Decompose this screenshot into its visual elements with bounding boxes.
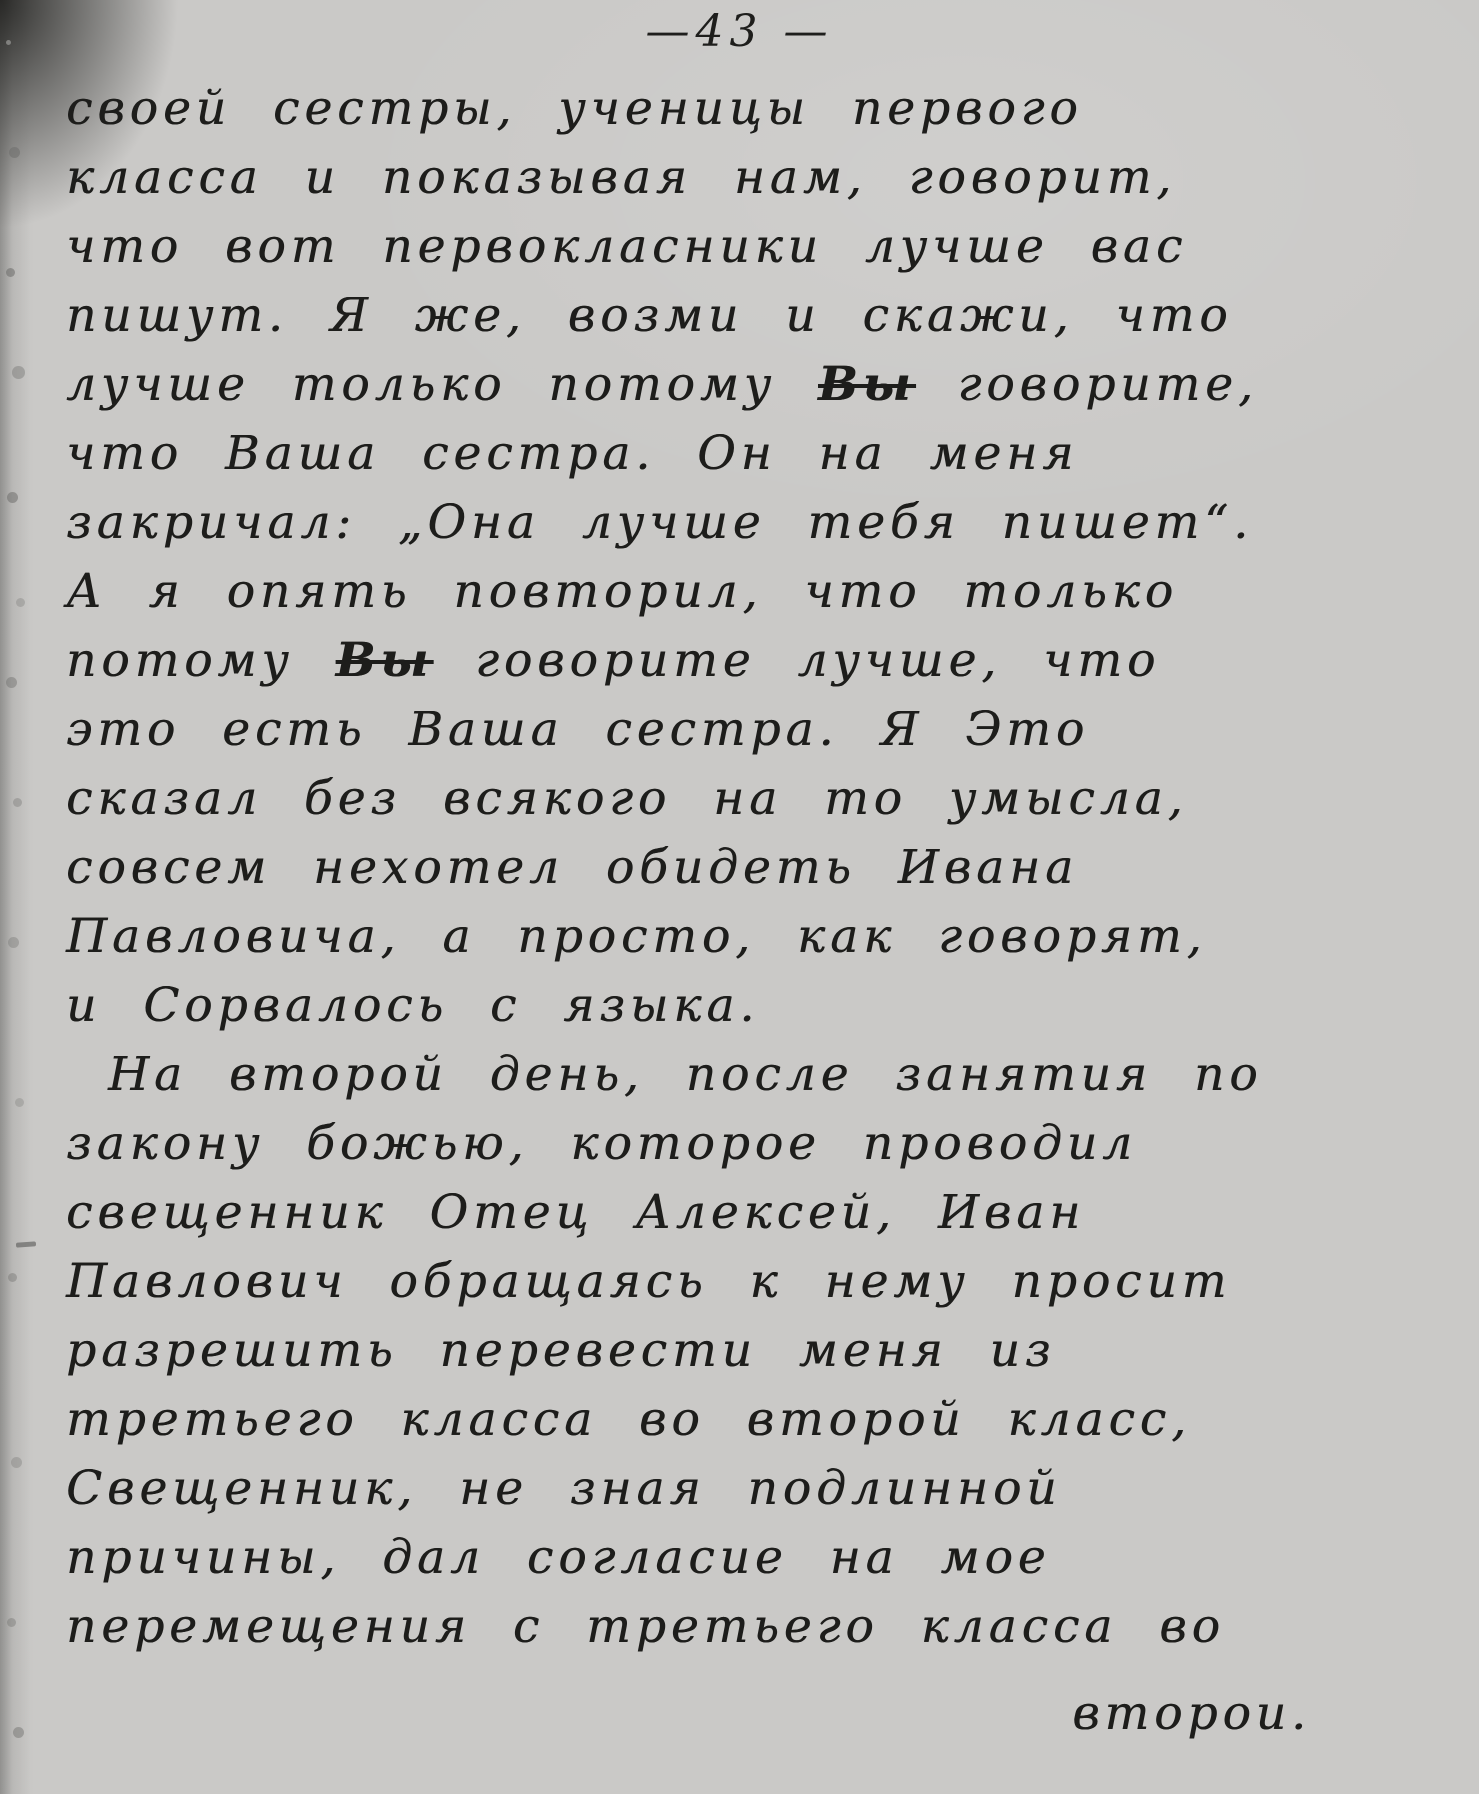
handwriting-line: причины, дал согласие на мое bbox=[66, 1523, 1451, 1592]
handwriting-text: своей сестры, ученицы первогокласса и по… bbox=[66, 74, 1451, 1748]
handwriting-line: перемещения с третьего класса во bbox=[66, 1592, 1451, 1661]
handwriting-line: пишут. Я же, возми и скажи, что bbox=[66, 281, 1451, 350]
handwriting-line: потому Вы говорите лучше, что bbox=[66, 626, 1451, 695]
handwriting-segment: это есть Ваша сестра. Я Это bbox=[66, 702, 1089, 757]
handwriting-line: разрешить перевести меня из bbox=[66, 1316, 1451, 1385]
handwriting-segment: А я опять повторил, что только bbox=[66, 564, 1178, 619]
handwriting-line: Павловича, а просто, как говорят, bbox=[66, 902, 1451, 971]
handwriting-segment: второи. bbox=[1072, 1686, 1311, 1741]
handwriting-segment: Свещенник, не зная подлинной bbox=[66, 1461, 1062, 1516]
handwriting-segment: причины, дал согласие на мое bbox=[66, 1530, 1051, 1585]
handwriting-line: класса и показывая нам, говорит, bbox=[66, 143, 1451, 212]
handwriting-segment: свещенник Отец Алексей, Иван bbox=[66, 1185, 1085, 1240]
handwriting-line: третьего класса во второй класс, bbox=[66, 1385, 1451, 1454]
handwriting-segment: говорите лучше, что bbox=[433, 633, 1160, 688]
manuscript-page: —43 — своей сестры, ученицы первогокласс… bbox=[0, 0, 1479, 1794]
handwriting-segment: закону божью, которое проводил bbox=[66, 1116, 1137, 1171]
handwriting-line: что вот первокласники лучше вас bbox=[66, 212, 1451, 281]
handwriting-line: совсем нехотел обидеть Ивана bbox=[66, 833, 1451, 902]
handwriting-segment: Павлович обращаясь к нему просит bbox=[66, 1254, 1231, 1309]
margin-mark bbox=[16, 1241, 36, 1247]
handwriting-segment: класса и показывая нам, говорит, bbox=[66, 150, 1176, 205]
handwriting-line: второи. bbox=[66, 1679, 1451, 1748]
handwriting-line: свещенник Отец Алексей, Иван bbox=[66, 1178, 1451, 1247]
handwriting-line: сказал без всякого на то умысла, bbox=[66, 764, 1451, 833]
handwriting-segment: говорите, bbox=[916, 357, 1258, 412]
scan-edge-band bbox=[0, 0, 30, 1794]
handwriting-segment: потому bbox=[66, 633, 336, 688]
handwriting-segment: лучше только потому bbox=[66, 357, 818, 412]
struck-word: Вы bbox=[818, 357, 916, 412]
handwriting-line: На второй день, после занятия по bbox=[66, 1040, 1451, 1109]
page-number: —43 — bbox=[0, 6, 1479, 57]
handwriting-segment: перемещения с третьего класса во bbox=[66, 1599, 1225, 1654]
handwriting-line: закону божью, которое проводил bbox=[66, 1109, 1451, 1178]
handwriting-line: это есть Ваша сестра. Я Это bbox=[66, 695, 1451, 764]
handwriting-segment: сказал без всякого на то умысла, bbox=[66, 771, 1188, 826]
handwriting-segment: совсем нехотел обидеть Ивана bbox=[66, 840, 1078, 895]
handwriting-line: Свещенник, не зная подлинной bbox=[66, 1454, 1451, 1523]
handwriting-line: лучше только потому Вы говорите, bbox=[66, 350, 1451, 419]
struck-word: Вы bbox=[336, 633, 434, 688]
handwriting-line: что Ваша сестра. Он на меня bbox=[66, 419, 1451, 488]
handwriting-segment: закричал: „Она лучше тебя пишет“. bbox=[66, 495, 1253, 550]
handwriting-segment: разрешить перевести меня из bbox=[66, 1323, 1056, 1378]
handwriting-line: и Сорвалось с языка. bbox=[66, 971, 1451, 1040]
handwriting-line: А я опять повторил, что только bbox=[66, 557, 1451, 626]
handwriting-segment: и Сорвалось с языка. bbox=[66, 978, 759, 1033]
handwriting-line: своей сестры, ученицы первого bbox=[66, 74, 1451, 143]
handwriting-segment: третьего класса во второй класс, bbox=[66, 1392, 1191, 1447]
handwriting-segment: Павловича, а просто, как говорят, bbox=[66, 909, 1207, 964]
handwriting-segment: На второй день, после занятия по bbox=[108, 1047, 1263, 1102]
handwriting-segment: что вот первокласники лучше вас bbox=[66, 219, 1187, 274]
handwriting-segment: своей сестры, ученицы первого bbox=[66, 81, 1083, 136]
handwriting-segment: что Ваша сестра. Он на меня bbox=[66, 426, 1078, 481]
handwriting-line: Павлович обращаясь к нему просит bbox=[66, 1247, 1451, 1316]
handwriting-segment: пишут. Я же, возми и скажи, что bbox=[66, 288, 1233, 343]
handwriting-line: закричал: „Она лучше тебя пишет“. bbox=[66, 488, 1451, 557]
